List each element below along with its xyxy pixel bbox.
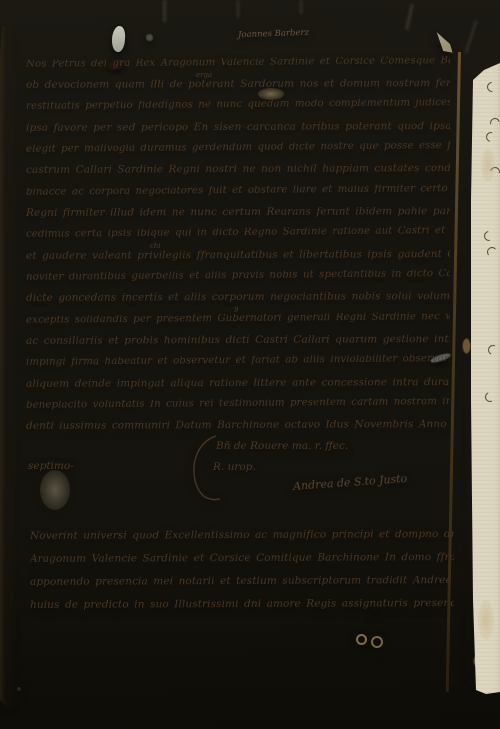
bleedthrough-stroke: [487, 247, 498, 258]
text-line: ipsa favore per sed pericopo En sisen ca…: [26, 121, 450, 134]
dark-speck: [146, 34, 153, 41]
notary-signature: Andrea de S.to Justo: [293, 473, 408, 492]
small-speck: [17, 687, 21, 691]
wax-blob: [111, 25, 127, 52]
foxing-stain: [40, 470, 70, 510]
sliver-stain: [481, 148, 495, 182]
text-line: castrum Callari Sardinie Regni nostri ne…: [26, 163, 450, 176]
bleedthrough-stroke: [484, 130, 498, 144]
text-line: dicte goncedans incertis et aliis corpor…: [26, 291, 450, 304]
text-line: huius de predicto in suo Illustrissimi d…: [30, 598, 454, 611]
text-line: binacce ac corpora negociatores fuit et …: [26, 184, 450, 198]
text-line: aliquem deinde impingat aliqua ratione l…: [26, 377, 450, 390]
bleedthrough-stroke: [488, 116, 500, 130]
bleedthrough-stroke: [487, 344, 500, 357]
interlinear-addition: chi: [150, 243, 161, 250]
page-corner-fold: [436, 24, 460, 54]
rust-ring: [356, 634, 367, 645]
text-line: cedimus certa ipsis ibique qui in dicto …: [26, 226, 450, 240]
text-line: ac consiliariis et probis hominibus dict…: [26, 334, 450, 347]
text-line: Regni firmiter illud idem ne nunc certum…: [26, 206, 450, 219]
sliver-stain: [478, 600, 494, 640]
text-line: exceptis solidandis per presentem Gubern…: [26, 312, 450, 326]
text-line: restituatis perpetuo fidedignos ne nunc …: [26, 98, 450, 112]
text-line: noviter durantibus guerbellis et aliis p…: [26, 269, 450, 283]
archival-heading: Joannes Barberz: [238, 29, 309, 40]
bleedthrough-stroke: [482, 229, 496, 243]
text-line: apponendo presencia mei notarii et testi…: [30, 575, 454, 588]
scribe-note: Bñ de Rouere ma. r. ffec.: [216, 441, 348, 452]
text-line: Nos Petrus dei gra Rex Aragonum Valencie…: [26, 56, 450, 70]
page-surface: Joannes Barberz Nos Petrus dei gra Rex A…: [0, 0, 500, 729]
text-line: denti iussimus communiri Datum Barchinon…: [26, 419, 450, 432]
text-line: ob devocionem quam illi de poterant Sard…: [26, 78, 450, 91]
text-line: elegit per malivogia duramus gerdendum q…: [26, 141, 450, 155]
text-line: beneplacito voluntatis In cuius rei test…: [26, 397, 450, 411]
bleedthrough-stroke: [484, 391, 497, 404]
bleedthrough-stroke: [485, 80, 499, 94]
text-line: impingi firma habeatur et observetur et …: [26, 354, 450, 368]
interlinear-addition: 9: [234, 307, 238, 314]
manuscript-photo: Joannes Barberz Nos Petrus dei gra Rex A…: [0, 0, 500, 729]
text-line: Aragonum Valencie Sardinie et Corsice Co…: [30, 552, 454, 565]
interlinear-addition: erga: [196, 72, 212, 79]
text-line: Noverint universi quod Excellentissimo a…: [30, 529, 454, 542]
sewing-thread: [462, 338, 471, 354]
carryover-word: septimo-: [28, 461, 74, 472]
rust-ring: [371, 636, 383, 648]
register-note: R. urop.: [213, 462, 256, 473]
text-line: et gaudere valeant privilegiis ffranquit…: [26, 249, 450, 262]
manuscript-page: Joannes Barberz Nos Petrus dei gra Rex A…: [0, 0, 500, 729]
